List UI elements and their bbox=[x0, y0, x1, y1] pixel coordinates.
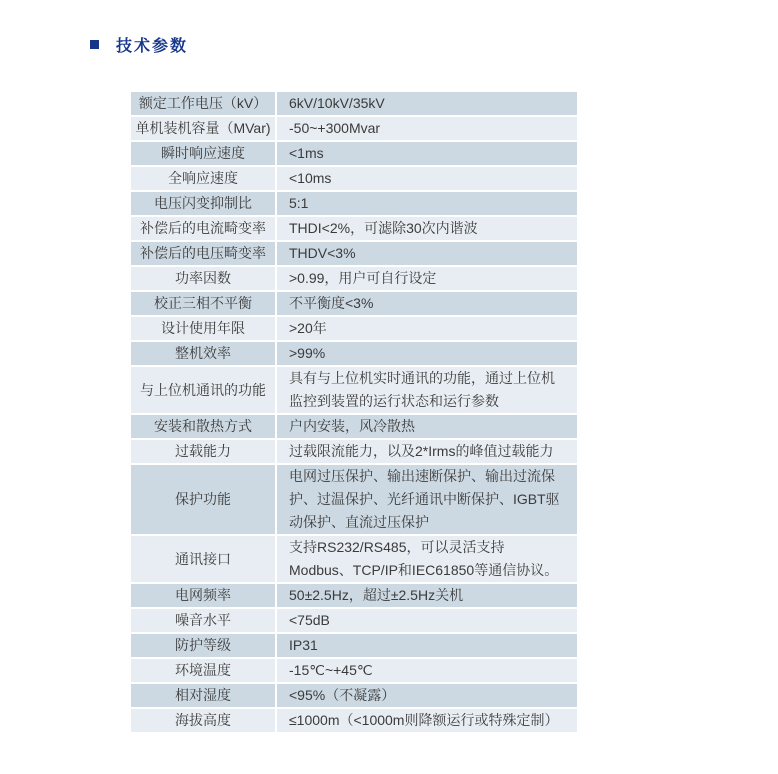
param-label: 功率因数 bbox=[131, 267, 275, 290]
table-row: 相对湿度<95%（不凝露） bbox=[131, 684, 577, 707]
param-value: 过载限流能力，以及2*Irms的峰值过载能力 bbox=[277, 440, 577, 463]
param-value: -15℃~+45℃ bbox=[277, 659, 577, 682]
table-row: 瞬时响应速度<1ms bbox=[131, 142, 577, 165]
param-value: >0.99，用户可自行设定 bbox=[277, 267, 577, 290]
param-label: 设计使用年限 bbox=[131, 317, 275, 340]
param-value: -50~+300Mvar bbox=[277, 117, 577, 140]
square-bullet-icon bbox=[90, 40, 99, 49]
param-label: 与上位机通讯的功能 bbox=[131, 367, 275, 413]
table-row: 额定工作电压（kV）6kV/10kV/35kV bbox=[131, 92, 577, 115]
param-value: 户内安装，风冷散热 bbox=[277, 415, 577, 438]
param-value: 具有与上位机实时通讯的功能，通过上位机监控到装置的运行状态和运行参数 bbox=[277, 367, 577, 413]
param-label: 瞬时响应速度 bbox=[131, 142, 275, 165]
param-value: 5:1 bbox=[277, 192, 577, 215]
table-row: 与上位机通讯的功能具有与上位机实时通讯的功能，通过上位机监控到装置的运行状态和运… bbox=[131, 367, 577, 413]
param-label: 噪音水平 bbox=[131, 609, 275, 632]
table-row: 补偿后的电流畸变率THDI<2%，可滤除30次内谐波 bbox=[131, 217, 577, 240]
table-row: 电网频率50±2.5Hz，超过±2.5Hz关机 bbox=[131, 584, 577, 607]
param-value: >20年 bbox=[277, 317, 577, 340]
param-label: 全响应速度 bbox=[131, 167, 275, 190]
param-label: 环境温度 bbox=[131, 659, 275, 682]
table-row: 补偿后的电压畸变率THDV<3% bbox=[131, 242, 577, 265]
param-label: 海拔高度 bbox=[131, 709, 275, 732]
param-value: ≤1000m（<1000m则降额运行或特殊定制） bbox=[277, 709, 577, 732]
table-row: 防护等级IP31 bbox=[131, 634, 577, 657]
param-label: 安装和散热方式 bbox=[131, 415, 275, 438]
param-value: <95%（不凝露） bbox=[277, 684, 577, 707]
param-value: 不平衡度<3% bbox=[277, 292, 577, 315]
table-row: 海拔高度≤1000m（<1000m则降额运行或特殊定制） bbox=[131, 709, 577, 732]
param-label: 补偿后的电流畸变率 bbox=[131, 217, 275, 240]
param-label: 整机效率 bbox=[131, 342, 275, 365]
table-row: 功率因数>0.99，用户可自行设定 bbox=[131, 267, 577, 290]
table-row: 噪音水平<75dB bbox=[131, 609, 577, 632]
param-label: 电压闪变抑制比 bbox=[131, 192, 275, 215]
param-table: 额定工作电压（kV）6kV/10kV/35kV单机装机容量（MVar)-50~+… bbox=[131, 92, 577, 734]
table-row: 单机装机容量（MVar)-50~+300Mvar bbox=[131, 117, 577, 140]
page-title: 技术参数 bbox=[116, 33, 188, 56]
param-value: 6kV/10kV/35kV bbox=[277, 92, 577, 115]
table-row: 环境温度-15℃~+45℃ bbox=[131, 659, 577, 682]
param-label: 单机装机容量（MVar) bbox=[131, 117, 275, 140]
param-value: <1ms bbox=[277, 142, 577, 165]
param-label: 保护功能 bbox=[131, 465, 275, 534]
param-label: 额定工作电压（kV） bbox=[131, 92, 275, 115]
table-row: 全响应速度<10ms bbox=[131, 167, 577, 190]
table-row: 过载能力过载限流能力，以及2*Irms的峰值过载能力 bbox=[131, 440, 577, 463]
param-value: THDI<2%，可滤除30次内谐波 bbox=[277, 217, 577, 240]
table-row: 安装和散热方式户内安装，风冷散热 bbox=[131, 415, 577, 438]
section-header: 技术参数 bbox=[90, 33, 188, 56]
param-value: >99% bbox=[277, 342, 577, 365]
param-label: 电网频率 bbox=[131, 584, 275, 607]
table-row: 整机效率>99% bbox=[131, 342, 577, 365]
param-value: THDV<3% bbox=[277, 242, 577, 265]
table-row: 设计使用年限>20年 bbox=[131, 317, 577, 340]
param-label: 防护等级 bbox=[131, 634, 275, 657]
table-row: 电压闪变抑制比5:1 bbox=[131, 192, 577, 215]
param-value: 电网过压保护、输出速断保护、输出过流保护、过温保护、光纤通讯中断保护、IGBT驱… bbox=[277, 465, 577, 534]
param-label: 过载能力 bbox=[131, 440, 275, 463]
table-row: 通讯接口支持RS232/RS485，可以灵活支持Modbus、TCP/IP和IE… bbox=[131, 536, 577, 582]
param-label: 补偿后的电压畸变率 bbox=[131, 242, 275, 265]
param-value: <10ms bbox=[277, 167, 577, 190]
param-value: 50±2.5Hz，超过±2.5Hz关机 bbox=[277, 584, 577, 607]
param-label: 相对湿度 bbox=[131, 684, 275, 707]
table-row: 保护功能电网过压保护、输出速断保护、输出过流保护、过温保护、光纤通讯中断保护、I… bbox=[131, 465, 577, 534]
param-value: <75dB bbox=[277, 609, 577, 632]
param-label: 通讯接口 bbox=[131, 536, 275, 582]
param-value: 支持RS232/RS485，可以灵活支持Modbus、TCP/IP和IEC618… bbox=[277, 536, 577, 582]
table-row: 校正三相不平衡不平衡度<3% bbox=[131, 292, 577, 315]
param-value: IP31 bbox=[277, 634, 577, 657]
param-label: 校正三相不平衡 bbox=[131, 292, 275, 315]
